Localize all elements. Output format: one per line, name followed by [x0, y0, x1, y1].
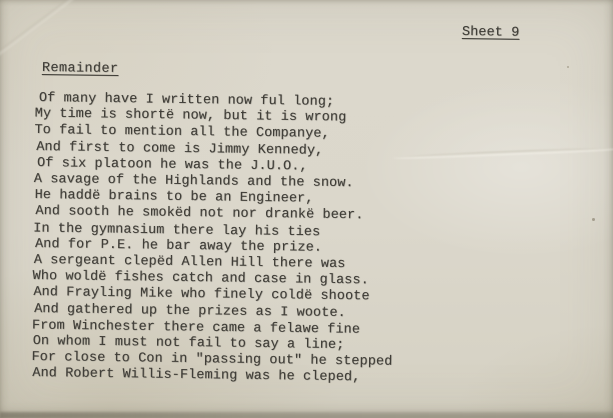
paper-speck: [567, 66, 569, 68]
paper-crease-right: [393, 146, 613, 160]
poem-line: And Robert Willis-Fleming was he cleped,: [32, 366, 392, 387]
paper-speck: [592, 218, 595, 221]
sheet-number-label: Sheet 9: [462, 25, 520, 41]
scanned-document-page: Sheet 9 Remainder Of many have I written…: [0, 0, 613, 418]
poem: Of many have I written now ful long;My t…: [31, 91, 396, 387]
paper-crease-top-left: [0, 0, 86, 57]
document-title: Remainder: [42, 61, 119, 77]
paper-bottom-edge-shadow: [0, 412, 613, 418]
